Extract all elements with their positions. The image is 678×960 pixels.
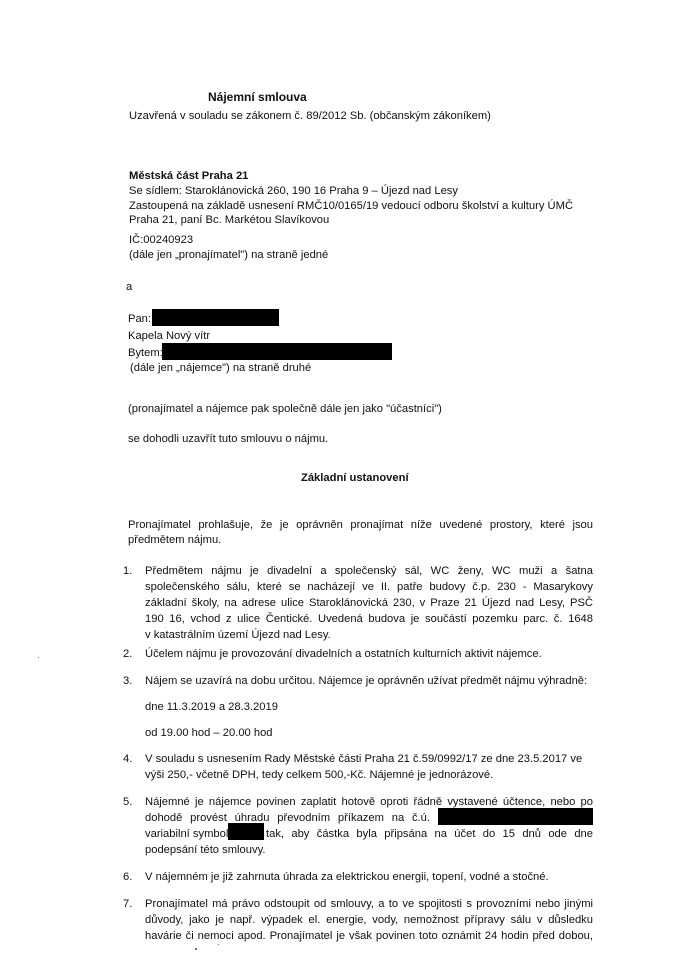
item-3-dates: dne 11.3.2019 a 28.3.2019 bbox=[145, 701, 278, 713]
item-2-number: 2. bbox=[123, 648, 132, 660]
item-5-line: podepsání této smlouvy. bbox=[145, 844, 265, 856]
landlord-alias: (dále jen „pronajímatel") na straně jedn… bbox=[129, 249, 328, 261]
landlord-represented-1: Zastoupená na základě usnesení RMČ10/016… bbox=[129, 200, 565, 212]
conjunction: a bbox=[126, 281, 132, 293]
scan-speck bbox=[195, 948, 197, 950]
landlord-represented-2: Praha 21, paní Bc. Markétou Slavíkovou bbox=[129, 214, 329, 226]
item-2-text: Účelem nájmu je provozování divadelních … bbox=[145, 648, 542, 660]
item-1-line: 190 16, vchod z ulice Čentické. Uvedená … bbox=[145, 613, 593, 625]
item-6-number: 6. bbox=[123, 871, 132, 883]
item-7-line: důvody, jako je např. výpadek el. energi… bbox=[145, 914, 593, 926]
item-1-line: v katastrálním území Újezd nad Lesy. bbox=[145, 629, 331, 641]
item-4-line: výši 250,- včetně DPH, tedy celkem 500,-… bbox=[145, 769, 493, 781]
item-5-number: 5. bbox=[123, 796, 132, 808]
item-3-number: 3. bbox=[123, 675, 132, 687]
landlord-seat: Se sídlem: Staroklánovická 260, 190 16 P… bbox=[129, 185, 458, 197]
item-4-number: 4. bbox=[123, 753, 132, 765]
scan-speck bbox=[38, 657, 39, 658]
scan-speck bbox=[218, 944, 219, 945]
agreement-text: se dohodli uzavřít tuto smlouvu o nájmu. bbox=[128, 433, 328, 445]
parties-note: (pronajímatel a nájemce pak společně dál… bbox=[128, 403, 442, 415]
redacted-tenant-name bbox=[152, 309, 279, 326]
item-1-line: Předmětem nájmu je divadelní a společens… bbox=[145, 565, 593, 577]
item-1-number: 1. bbox=[123, 565, 132, 577]
tenant-band: Kapela Nový vítr bbox=[128, 330, 210, 342]
landlord-name: Městská část Praha 21 bbox=[129, 170, 248, 182]
document-subtitle: Uzavřená v souladu se zákonem č. 89/2012… bbox=[129, 110, 491, 122]
item-5-line: Nájemné je nájemce povinen zaplatit hoto… bbox=[145, 796, 593, 808]
item-6-text: V nájemném je již zahrnuta úhrada za ele… bbox=[145, 871, 549, 883]
document-title: Nájemní smlouva bbox=[208, 90, 307, 104]
item-1-line: základní školy, na adrese ulice Staroklá… bbox=[145, 597, 593, 609]
tenant-alias: (dále jen „nájemce") na straně druhé bbox=[130, 362, 311, 374]
item-5-line: dohodě provést úhradu převodním příkazem… bbox=[145, 812, 430, 824]
item-4-line: V souladu s usnesením Rady Městské části… bbox=[145, 753, 582, 765]
item-3-hours: od 19.00 hod – 20.00 hod bbox=[145, 727, 273, 739]
intro-line-1: Pronajímatel prohlašuje, že je oprávněn … bbox=[128, 519, 593, 531]
redacted-variable-symbol bbox=[228, 823, 264, 840]
item-5-variable-symbol-label: variabilní symbol bbox=[145, 828, 228, 840]
item-3-text: Nájem se uzavírá na dobu určitou. Nájemc… bbox=[145, 675, 587, 687]
tenant-address-label: Bytem: bbox=[128, 347, 163, 359]
landlord-ic: IČ:00240923 bbox=[129, 234, 193, 246]
item-5-line: tak, aby částka byla připsána na účet do… bbox=[266, 828, 593, 840]
item-7-line: havárie či nemoci apod. Pronajímatel je … bbox=[145, 930, 593, 942]
item-7-line: Pronajímatel má právo odstoupit od smlou… bbox=[145, 898, 593, 910]
redacted-tenant-address bbox=[162, 343, 392, 360]
redacted-account-number bbox=[438, 808, 593, 825]
section-title: Základní ustanovení bbox=[301, 472, 409, 484]
item-1-line: společenského sálu, které se nacházejí v… bbox=[145, 581, 593, 593]
tenant-pan-label: Pan: bbox=[128, 313, 151, 325]
item-7-number: 7. bbox=[123, 898, 132, 910]
intro-line-2: předmětem nájmu. bbox=[128, 534, 221, 546]
